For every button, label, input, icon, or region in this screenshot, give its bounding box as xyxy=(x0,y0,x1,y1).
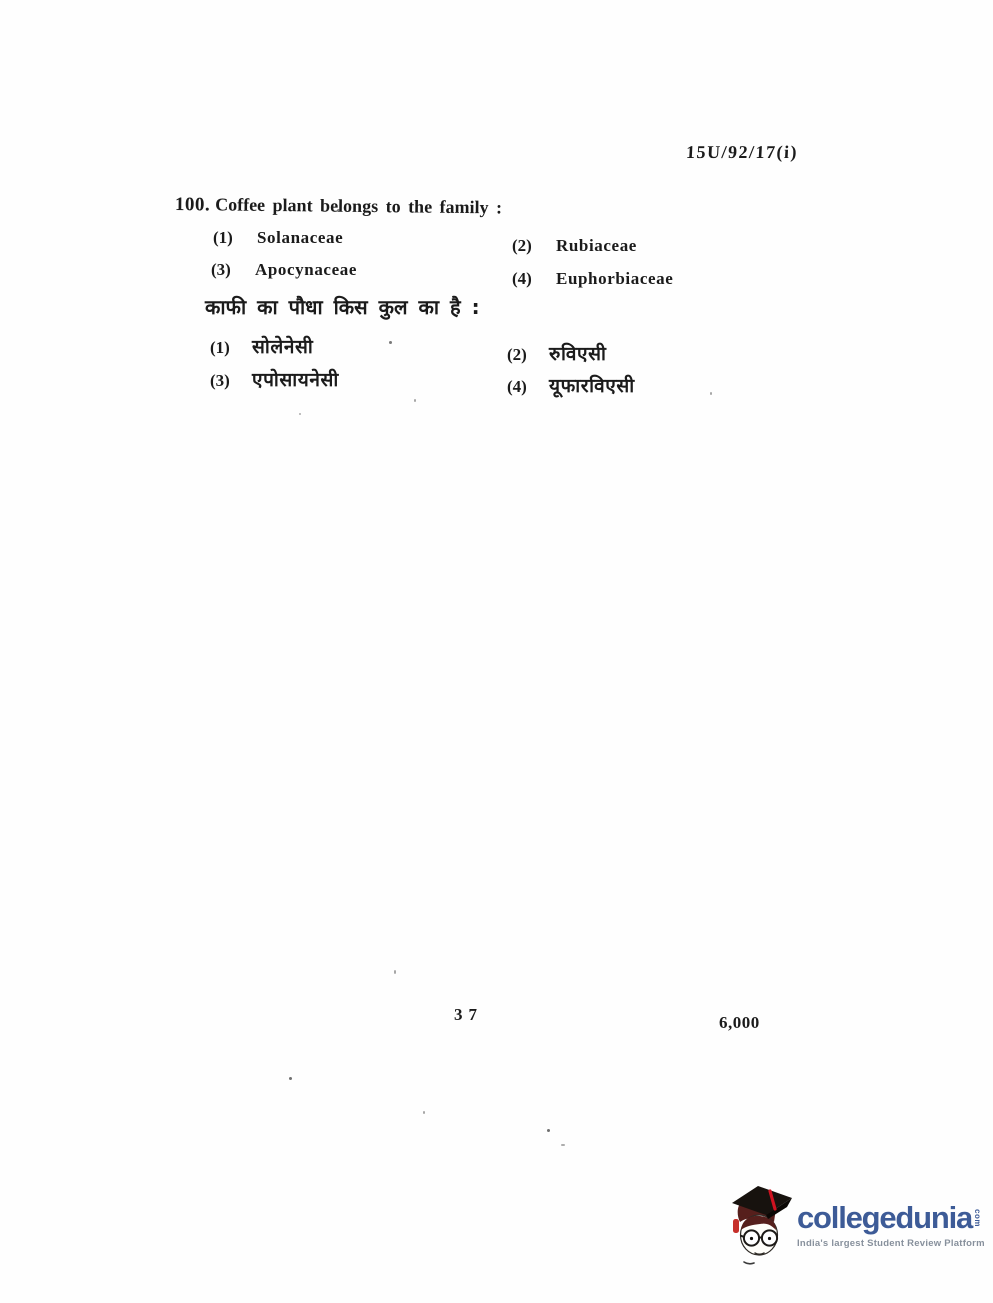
page-number: 37 xyxy=(454,1005,483,1025)
collegedunia-mascot-icon xyxy=(730,1186,792,1271)
option-4-hindi-number: (4) xyxy=(507,377,549,397)
collegedunia-logo: collegedunia com India's largest Student… xyxy=(730,1186,985,1271)
question-text-hindi: काफी का पौधा किस कुल का है : xyxy=(205,293,480,320)
paper-code: 15U/92/17(i) xyxy=(685,142,798,163)
collegedunia-brand-text: collegedunia xyxy=(797,1202,972,1233)
option-3-hindi-label: एपोसायनेसी xyxy=(252,369,339,391)
option-4-label: Euphorbiaceae xyxy=(556,269,673,288)
option-3-number: (3) xyxy=(211,260,255,280)
collegedunia-tagline: India's largest Student Review Platform xyxy=(797,1238,985,1249)
option-2-english: (2)Rubiaceae xyxy=(512,236,637,256)
option-1-label: Solanaceae xyxy=(257,228,343,247)
print-count: 6,000 xyxy=(719,1013,760,1033)
option-2-hindi-label: रुविएसी xyxy=(549,343,607,365)
option-3-hindi-number: (3) xyxy=(210,371,252,391)
option-1-hindi: (1)सोलेनेसी xyxy=(210,333,313,359)
scan-speck xyxy=(394,970,396,974)
option-3-label: Apocynaceae xyxy=(255,260,357,279)
option-2-number: (2) xyxy=(512,236,556,256)
option-4-number: (4) xyxy=(512,269,556,289)
scan-speck xyxy=(710,392,712,395)
option-3-hindi: (3)एपोसायनेसी xyxy=(210,366,339,392)
option-1-english: (1)Solanaceae xyxy=(213,228,343,248)
scan-speck xyxy=(389,341,392,344)
scan-speck xyxy=(561,1144,565,1146)
scan-speck xyxy=(337,209,340,212)
option-2-label: Rubiaceae xyxy=(556,236,637,255)
scan-speck xyxy=(547,1129,550,1132)
scan-speck xyxy=(423,1111,425,1114)
scan-speck xyxy=(414,399,416,402)
option-2-hindi: (2)रुविएसी xyxy=(507,340,607,366)
option-1-number: (1) xyxy=(213,228,257,248)
option-4-hindi-label: यूफारविएसी xyxy=(549,375,635,397)
question-number: 100. xyxy=(175,194,210,215)
option-2-hindi-number: (2) xyxy=(507,345,549,365)
scanned-question-paper-page: 15U/92/17(i) 100.Coffee plant belongs to… xyxy=(0,0,993,1303)
option-3-english: (3)Apocynaceae xyxy=(211,260,357,280)
logo-text-block: collegedunia com India's largest Student… xyxy=(797,1186,985,1249)
question-text-english: Coffee plant belongs to the family : xyxy=(215,194,502,217)
option-1-hindi-number: (1) xyxy=(210,338,252,358)
option-4-hindi: (4)यूफारविएसी xyxy=(507,372,635,398)
question-line-english: 100.Coffee plant belongs to the family : xyxy=(175,194,502,219)
option-1-hindi-label: सोलेनेसी xyxy=(252,336,313,358)
option-4-english: (4)Euphorbiaceae xyxy=(512,269,673,289)
scan-speck xyxy=(299,413,301,415)
scan-speck xyxy=(289,1077,292,1080)
collegedunia-domain-text: com xyxy=(973,1209,981,1233)
